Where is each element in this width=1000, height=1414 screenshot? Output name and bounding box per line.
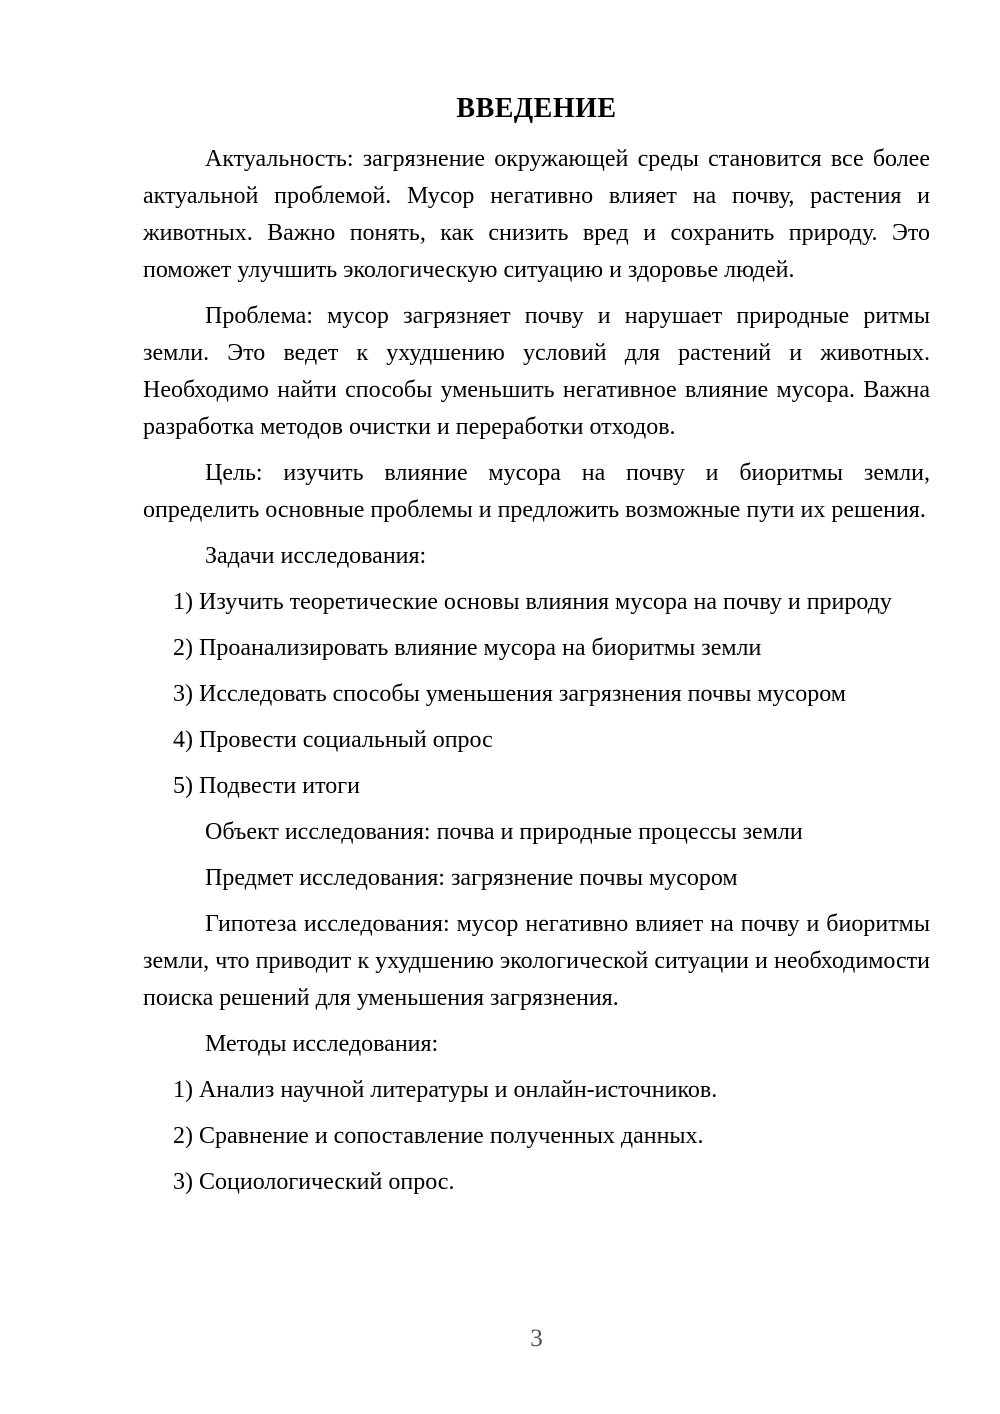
page-number: 3 <box>143 1324 930 1354</box>
method-item-3: 3) Социологический опрос. <box>143 1164 930 1201</box>
method-item-2: 2) Сравнение и сопоставление полученных … <box>143 1118 930 1155</box>
document-body: ВВЕДЕНИЕ Актуальность: загрязнение окруж… <box>143 90 930 1210</box>
paragraph-problem: Проблема: мусор загрязняет почву и наруш… <box>143 298 930 446</box>
paragraph-subject: Предмет исследования: загрязнение почвы … <box>143 860 930 897</box>
heading-methods: Методы исследования: <box>143 1026 930 1063</box>
heading-tasks: Задачи исследования: <box>143 538 930 575</box>
task-item-5: 5) Подвести итоги <box>143 768 930 805</box>
task-item-1: 1) Изучить теоретические основы влияния … <box>143 584 930 621</box>
paragraph-hypothesis: Гипотеза исследования: мусор негативно в… <box>143 906 930 1017</box>
document-page: ВВЕДЕНИЕ Актуальность: загрязнение окруж… <box>0 0 1000 1414</box>
paragraph-object: Объект исследования: почва и природные п… <box>143 814 930 851</box>
paragraph-relevance: Актуальность: загрязнение окружающей сре… <box>143 141 930 289</box>
method-item-1: 1) Анализ научной литературы и онлайн-ис… <box>143 1072 930 1109</box>
task-item-2: 2) Проанализировать влияние мусора на би… <box>143 630 930 667</box>
page-title: ВВЕДЕНИЕ <box>143 90 930 127</box>
task-item-4: 4) Провести социальный опрос <box>143 722 930 759</box>
paragraph-goal: Цель: изучить влияние мусора на почву и … <box>143 455 930 529</box>
task-item-3: 3) Исследовать способы уменьшения загряз… <box>143 676 930 713</box>
